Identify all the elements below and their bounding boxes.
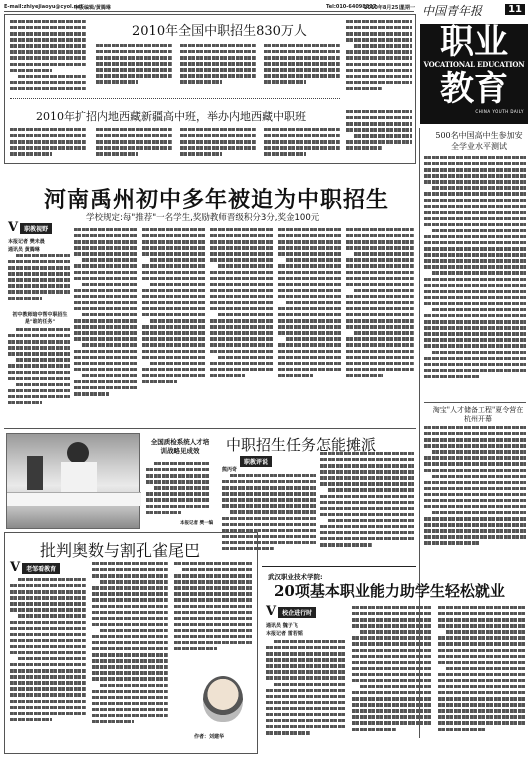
- lab-coat: [61, 462, 97, 492]
- article-text: [174, 562, 252, 670]
- article-text: [10, 578, 86, 750]
- article-text: [346, 20, 412, 106]
- headline-500-students: 500名中国高中生参加安全学业水平测试: [434, 130, 524, 152]
- subheadline-henan: 学校规定:每"推荐"一名学生,奖励教师晋级积分3分,奖金100元: [86, 211, 319, 223]
- masthead-title-top: 职业: [420, 24, 528, 60]
- article-text: [320, 452, 414, 564]
- article-text: [346, 110, 412, 160]
- headline-wuhan: 20项基本职业能力助学生轻松就业: [274, 580, 505, 601]
- article-text: [142, 228, 206, 412]
- v-logo-icon: V: [10, 562, 20, 574]
- header-email: E-mail:zhiyejiaoyu@cyol.net: [4, 4, 83, 10]
- article-text: [96, 128, 172, 162]
- article-text: [74, 228, 138, 412]
- article-text: [10, 128, 86, 162]
- v-logo-icon: V: [266, 606, 276, 618]
- article-text: [10, 20, 86, 90]
- author: 熊丙奇: [222, 466, 237, 473]
- headline-aoshu: 批判奥数与割孔雀尾巴: [40, 538, 200, 561]
- headline-tibet-xinjiang: 2010年扩招内地西藏新疆高中班，举办内地西藏中职班: [36, 108, 306, 124]
- article-text: [210, 228, 274, 412]
- lab-photo: [6, 433, 140, 529]
- byline: 通讯员 魏子飞: [266, 622, 298, 629]
- byline: 通讯员 黄腾琳: [8, 246, 40, 253]
- article-text: [424, 156, 526, 414]
- newspaper-logo: 中国青年报: [422, 2, 482, 19]
- author-portrait: [203, 676, 243, 722]
- article-text: [424, 426, 526, 574]
- section-masthead: 职业 VOCATIONAL EDUCATION 教育 CHINA YOUTH D…: [420, 24, 528, 124]
- person-head: [67, 442, 89, 464]
- masthead-title-en: VOCATIONAL EDUCATION: [420, 60, 528, 69]
- headline-taobao: 淘宝"人才储备工程"夏令营在杭州开幕: [430, 406, 526, 424]
- lab-bench: [7, 492, 141, 506]
- article-text: [8, 254, 70, 310]
- column-tag-xiaoqi: V 校企进行时: [266, 606, 316, 618]
- article-text: [264, 128, 340, 162]
- divider: [10, 98, 340, 99]
- column-tag-zou: V 老邹看教育: [10, 562, 60, 574]
- header-editor: 本版编辑/黄腾琳: [74, 4, 111, 11]
- headline-henan: 河南禹州初中多年被迫为中职招生: [44, 183, 389, 214]
- divider: [4, 428, 416, 429]
- masthead-title-bottom: 教育: [420, 69, 528, 109]
- divider: [262, 566, 416, 567]
- article-text: [352, 606, 432, 750]
- lab-bottle: [27, 456, 43, 490]
- masthead-strip: 中国青年报 11: [420, 2, 528, 22]
- article-text: [264, 44, 340, 90]
- article-text: [346, 228, 414, 412]
- article-text: [8, 328, 70, 412]
- masthead-tagline: CHINA YOUTH DAILY: [420, 109, 528, 114]
- article-text: [180, 128, 256, 162]
- article-text: [96, 44, 172, 90]
- byline: 本报记者 樊未晨: [8, 238, 45, 245]
- article-text: [92, 562, 168, 750]
- article-text: [278, 228, 342, 412]
- column-tag-zhijiao: V 职教视野: [8, 222, 52, 234]
- byline: 本报记者 雷若韬: [266, 630, 303, 637]
- article-text: [266, 640, 346, 750]
- header-rule: [4, 11, 414, 12]
- divider: [424, 402, 526, 403]
- v-logo-icon: V: [8, 222, 18, 234]
- header-date: 2010年8月25日: [364, 4, 403, 11]
- author-caption: 作者：刘建华: [194, 733, 224, 740]
- section-subhead: 初中教师暗中帮中职招生是"谁的任务": [10, 312, 70, 326]
- byline: 本报记者 樊一编: [180, 520, 213, 526]
- headline-2010-enrollment: 2010年全国中职招生830万人: [132, 20, 307, 39]
- column-tag-commentary: 职教评说: [240, 456, 272, 467]
- article-text: [146, 462, 210, 520]
- article-text: [438, 606, 526, 750]
- headline-quality: 全国质检系统人才培训战略见成效: [150, 438, 210, 456]
- article-text: [180, 44, 256, 90]
- page-number: 11: [505, 4, 525, 15]
- header-weekday: 星期一: [400, 4, 415, 11]
